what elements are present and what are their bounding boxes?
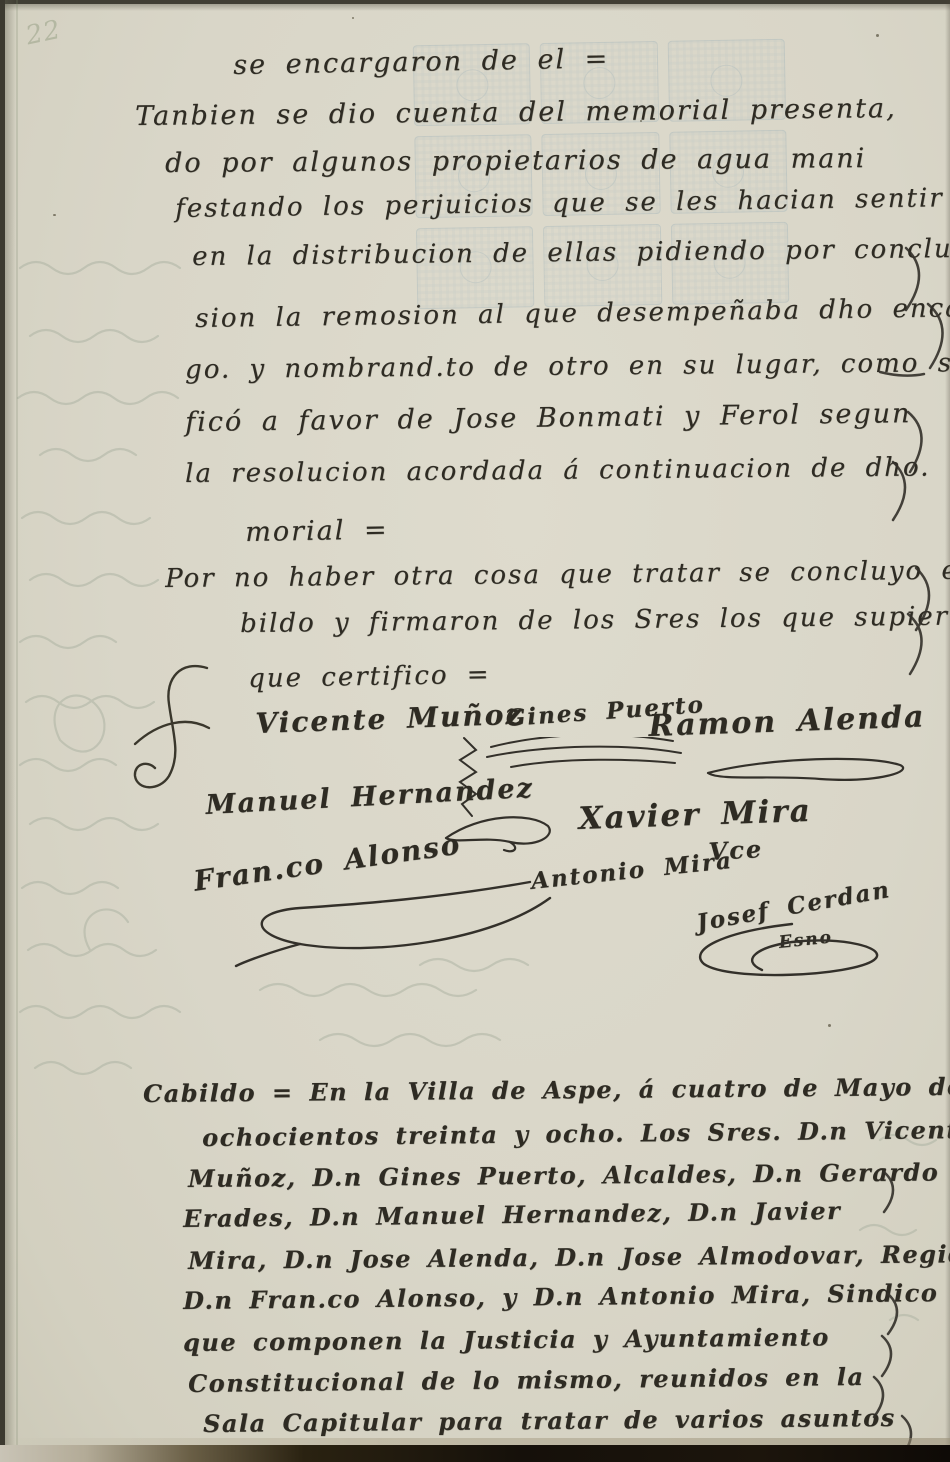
- page-edge-bottom-shadow: [0, 1438, 950, 1445]
- page-edge-bottom: [0, 1445, 950, 1462]
- line-end-flourishes: [0, 0, 950, 1462]
- dust-speck: [53, 214, 56, 216]
- dust-speck: [352, 17, 354, 19]
- manuscript-page: 22 se encargaron de el = Tanbien se dio …: [0, 0, 950, 1462]
- dust-speck: [876, 34, 879, 37]
- binding-fold-line: [16, 0, 18, 1462]
- page-edge-top-shadow: [0, 4, 950, 11]
- page-edge-right: [945, 0, 950, 1462]
- page-edge-left-shadow: [5, 0, 16, 1462]
- dust-speck: [828, 1024, 831, 1027]
- dust-speck: [640, 120, 642, 122]
